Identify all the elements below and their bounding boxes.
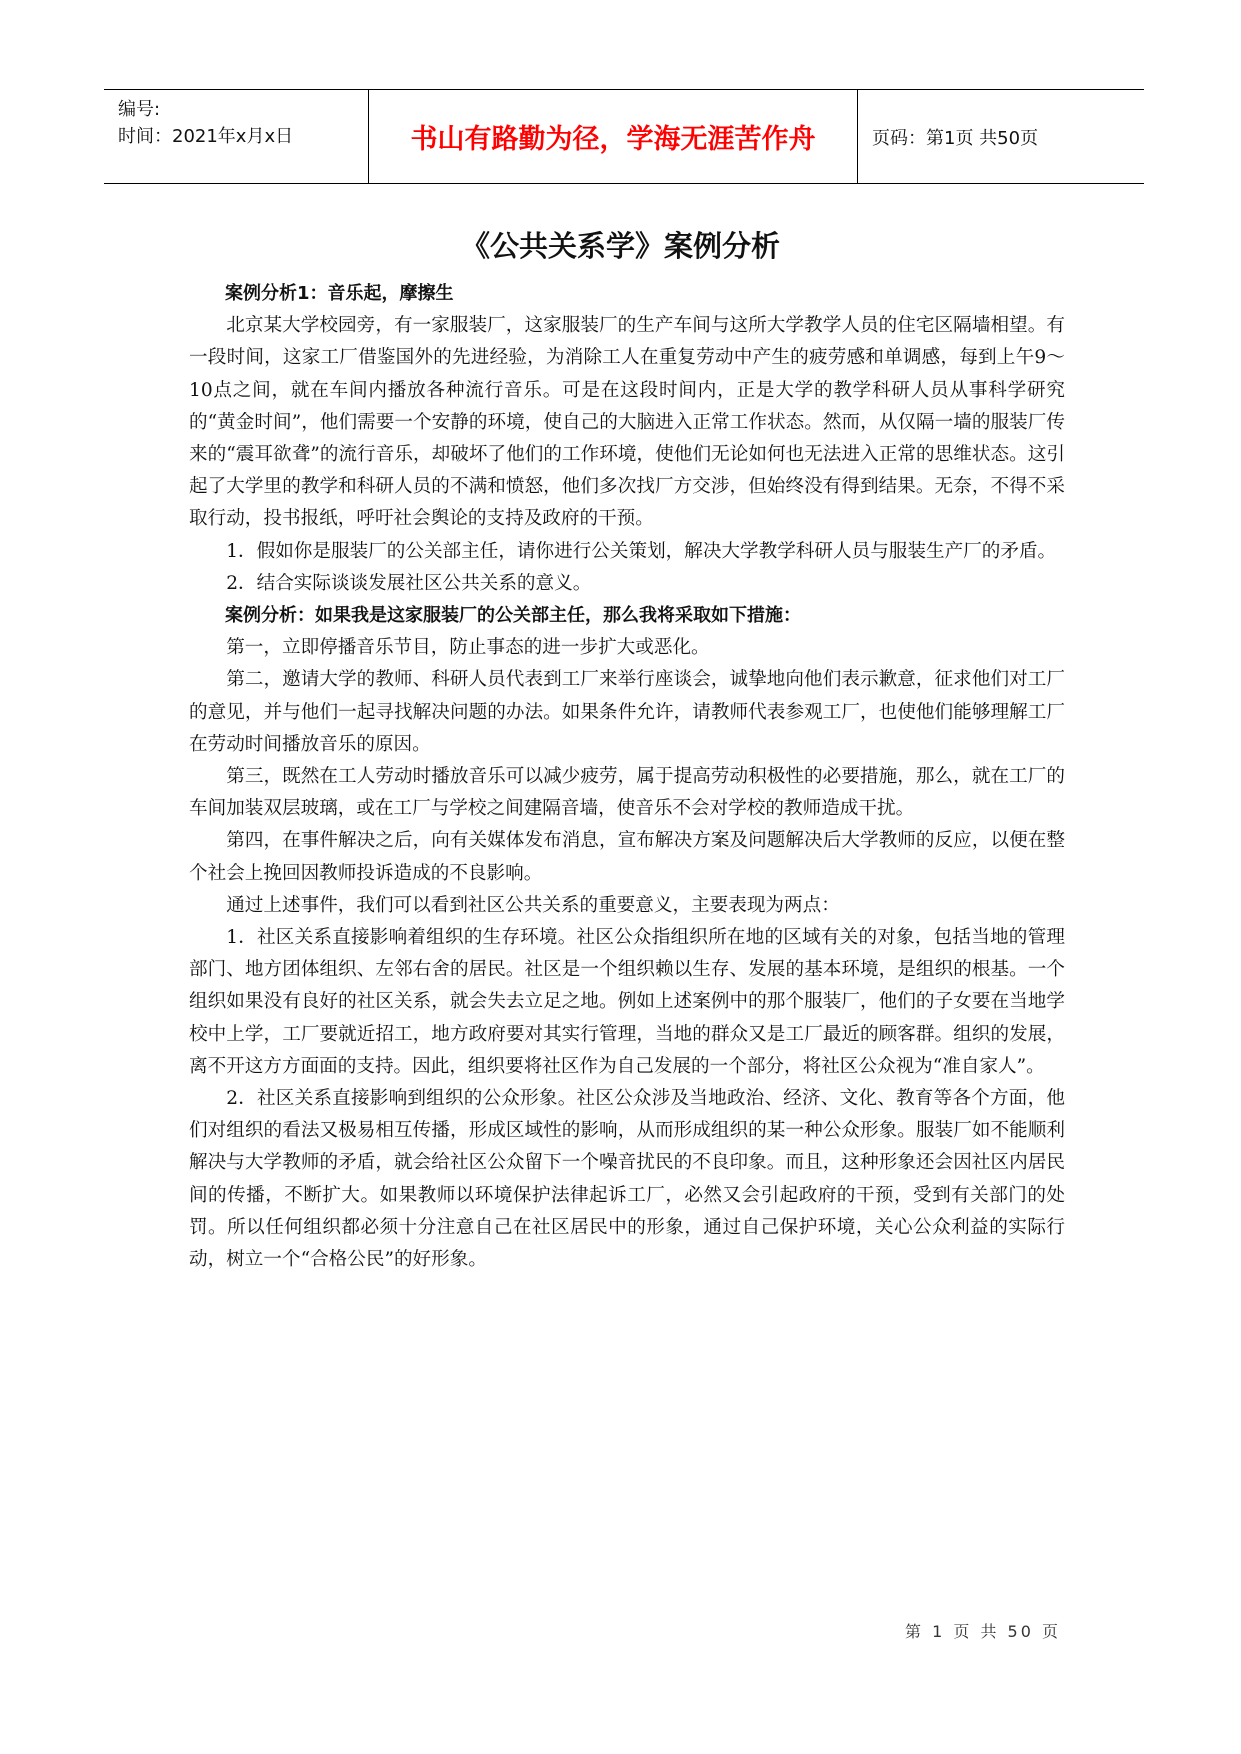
significance-point-1: 1．社区关系直接影响着组织的生存环境。社区公众指组织所在地的区域有关的对象，包括… <box>189 922 1065 1083</box>
significance-intro: 通过上述事件，我们可以看到社区公共关系的重要意义，主要表现为两点： <box>189 890 1065 922</box>
analysis-heading: 案例分析：如果我是这家服装厂的公关部主任，那么我将采取如下措施： <box>189 600 1065 632</box>
question-1: 1．假如你是服装厂的公关部主任，请你进行公关策划，解决大学教学科研人员与服装生产… <box>189 536 1065 568</box>
measure-2: 第二，邀请大学的教师、科研人员代表到工厂来举行座谈会，诚挚地向他们表示歉意，征求… <box>189 664 1065 761</box>
case-description: 北京某大学校园旁，有一家服装厂，这家服装厂的生产车间与这所大学教学人员的住宅区隔… <box>189 310 1065 535</box>
question-2: 2．结合实际谈谈发展社区公共关系的意义。 <box>189 568 1065 600</box>
page-header: 编号: 时间：2021年x月x日 书山有路勤为径，学海无涯苦作舟 页码：第1页 … <box>104 89 1144 184</box>
measure-3: 第三，既然在工人劳动时播放音乐可以减少疲劳，属于提高劳动积极性的必要措施，那么，… <box>189 761 1065 825</box>
serial-label: 编号: <box>118 96 368 123</box>
page-footer: 第 1 页 共 50 页 <box>905 1619 1061 1642</box>
measure-1: 第一，立即停播音乐节目，防止事态的进一步扩大或恶化。 <box>189 632 1065 664</box>
significance-point-2: 2．社区关系直接影响到组织的公众形象。社区公众涉及当地政治、经济、文化、教育等各… <box>189 1083 1065 1276</box>
header-motto: 书山有路勤为径，学海无涯苦作舟 <box>369 90 858 183</box>
measure-4: 第四，在事件解决之后，向有关媒体发布消息，宣布解决方案及问题解决后大学教师的反应… <box>189 825 1065 889</box>
document-body: 案例分析1：音乐起，摩擦生 北京某大学校园旁，有一家服装厂，这家服装厂的生产车间… <box>189 278 1065 1276</box>
header-meta: 编号: 时间：2021年x月x日 <box>104 90 369 183</box>
document-title: 《公共关系学》案例分析 <box>0 224 1241 265</box>
case-heading: 案例分析1：音乐起，摩擦生 <box>189 278 1065 310</box>
header-page-info: 页码：第1页 共50页 <box>858 90 1144 183</box>
time-label: 时间：2021年x月x日 <box>118 123 368 150</box>
